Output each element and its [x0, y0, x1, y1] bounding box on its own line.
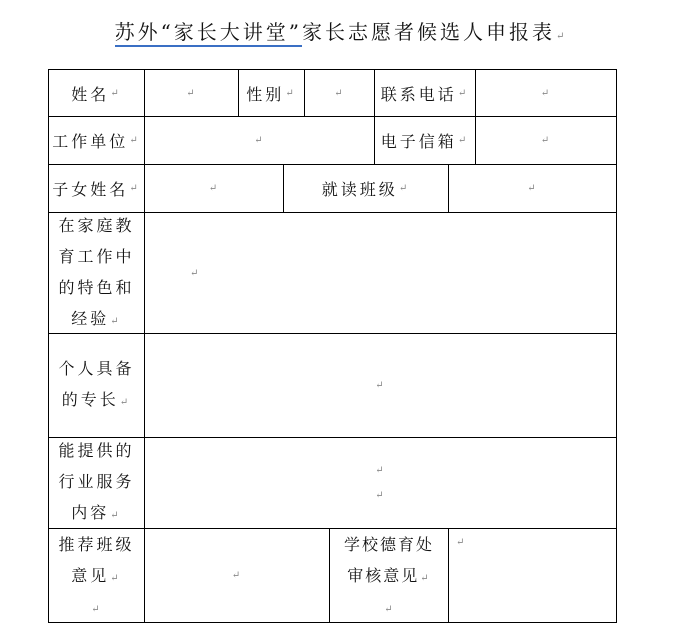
experience-label: 在家庭教育工作中的特色和经验↵ [49, 213, 144, 333]
work-unit-label: 工作单位↵ [49, 117, 144, 164]
phone-field[interactable]: ↵ [476, 70, 616, 116]
class-opinion-label: 推荐班级意见↵↵ [49, 529, 144, 622]
services-field[interactable]: ↵↵ [145, 438, 616, 528]
title-rest: 家长志愿者候选人申报表 [302, 20, 555, 44]
phone-label: 联系电话↵ [375, 70, 475, 116]
class-field[interactable]: ↵ [449, 165, 616, 212]
border [616, 69, 617, 623]
work-unit-field[interactable]: ↵ [145, 117, 374, 164]
services-label: 能提供的行业服务内容↵ [49, 438, 144, 528]
gender-label: 性别↵ [239, 70, 304, 116]
class-label: 就读班级↵ [284, 165, 448, 212]
email-label: 电子信箱↵ [375, 117, 475, 164]
school-opinion-label: 学校德育处审核意见↵↵ [330, 529, 448, 622]
form-title: 苏外“家长大讲堂”家长志愿者候选人申报表↵ [0, 16, 682, 45]
class-opinion-field[interactable]: ↵ [145, 529, 329, 622]
experience-field[interactable]: ↵ [145, 213, 616, 333]
email-field[interactable]: ↵ [476, 117, 616, 164]
school-opinion-field[interactable]: ↵ [449, 529, 616, 622]
specialty-label: 个人具备的专长↵ [49, 334, 144, 437]
child-name-label: 子女姓名↵ [49, 165, 144, 212]
name-label: 姓名↵ [49, 70, 144, 116]
title-underlined: 苏外“家长大讲堂” [115, 20, 302, 47]
child-name-field[interactable]: ↵ [145, 165, 283, 212]
name-field[interactable]: ↵ [145, 70, 238, 116]
specialty-field[interactable]: ↵ [145, 334, 616, 437]
gender-field[interactable]: ↵ [305, 70, 374, 116]
paragraph-mark-icon: ↵ [556, 31, 567, 42]
